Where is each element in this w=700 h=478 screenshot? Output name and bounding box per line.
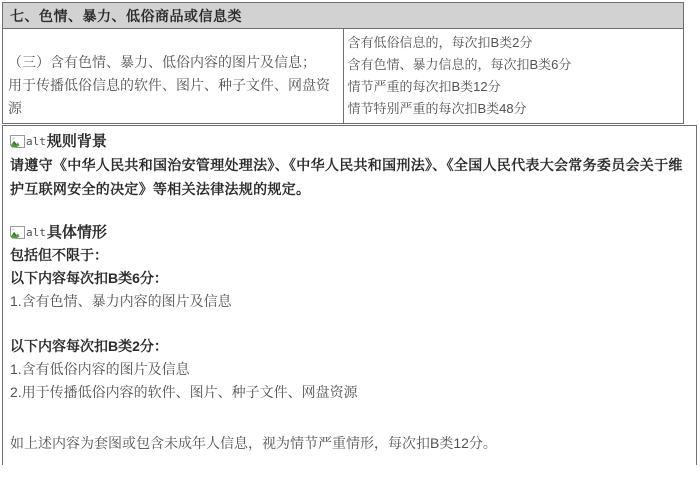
violation-cell: （三）含有色情、暴力、低俗内容的图片及信息； 用于传播低俗信息的软件、图片、种子…	[3, 29, 344, 124]
penalty-line: 含有低俗信息的，每次扣B类2分	[348, 32, 682, 54]
category-title: 七、色情、暴力、低俗商品或信息类	[3, 3, 684, 29]
specific-situations-title: 具体情形	[47, 221, 107, 244]
broken-image-icon	[10, 135, 25, 148]
spacer	[10, 313, 686, 335]
image-alt-text: alt	[26, 221, 46, 244]
specific-situations-heading: alt具体情形	[10, 221, 686, 244]
spacer	[10, 404, 686, 432]
penalty-cell: 含有低俗信息的，每次扣B类2分 含有色情、暴力信息的，每次扣B类6分 情节严重的…	[343, 29, 684, 124]
deduct-b6-title: 以下内容每次扣B类6分：	[10, 267, 686, 290]
rule-background-heading: alt规则背景	[10, 130, 686, 153]
penalty-line: 情节严重的每次扣B类12分	[348, 76, 682, 98]
law-reference-paragraph: 请遵守《中华人民共和国治安管理处理法》、《中华人民共和国刑法》、《全国人民代表大…	[10, 153, 686, 201]
image-alt-text: alt	[26, 130, 46, 153]
rule-details-section: alt规则背景 请遵守《中华人民共和国治安管理处理法》、《中华人民共和国刑法》、…	[2, 125, 697, 465]
severe-case-note: 如上述内容为套图或包含未成年人信息，视为情节严重情形，每次扣B类12分。	[10, 432, 686, 455]
table-row: （三）含有色情、暴力、低俗内容的图片及信息； 用于传播低俗信息的软件、图片、种子…	[3, 29, 684, 124]
violation-line: 用于传播低俗信息的软件、图片、种子文件、网盘资源	[8, 74, 337, 120]
deduct-b6-item: 1.含有色情、暴力内容的图片及信息	[10, 290, 686, 313]
broken-image-icon	[10, 226, 25, 239]
violation-line: （三）含有色情、暴力、低俗内容的图片及信息；	[8, 51, 337, 74]
rules-table: 七、色情、暴力、低俗商品或信息类 （三）含有色情、暴力、低俗内容的图片及信息； …	[2, 2, 684, 124]
rule-background-title: 规则背景	[47, 130, 107, 153]
deduct-b2-item: 1.含有低俗内容的图片及信息	[10, 358, 686, 381]
deduct-b2-title: 以下内容每次扣B类2分：	[10, 335, 686, 358]
penalty-line: 含有色情、暴力信息的，每次扣B类6分	[348, 54, 682, 76]
penalty-line: 情节特别严重的每次扣B类48分	[348, 98, 682, 120]
table-header-row: 七、色情、暴力、低俗商品或信息类	[3, 3, 684, 29]
deduct-b2-item: 2.用于传播低俗内容的软件、图片、种子文件、网盘资源	[10, 381, 686, 404]
including-but-not-limited-line: 包括但不限于：	[10, 244, 686, 267]
